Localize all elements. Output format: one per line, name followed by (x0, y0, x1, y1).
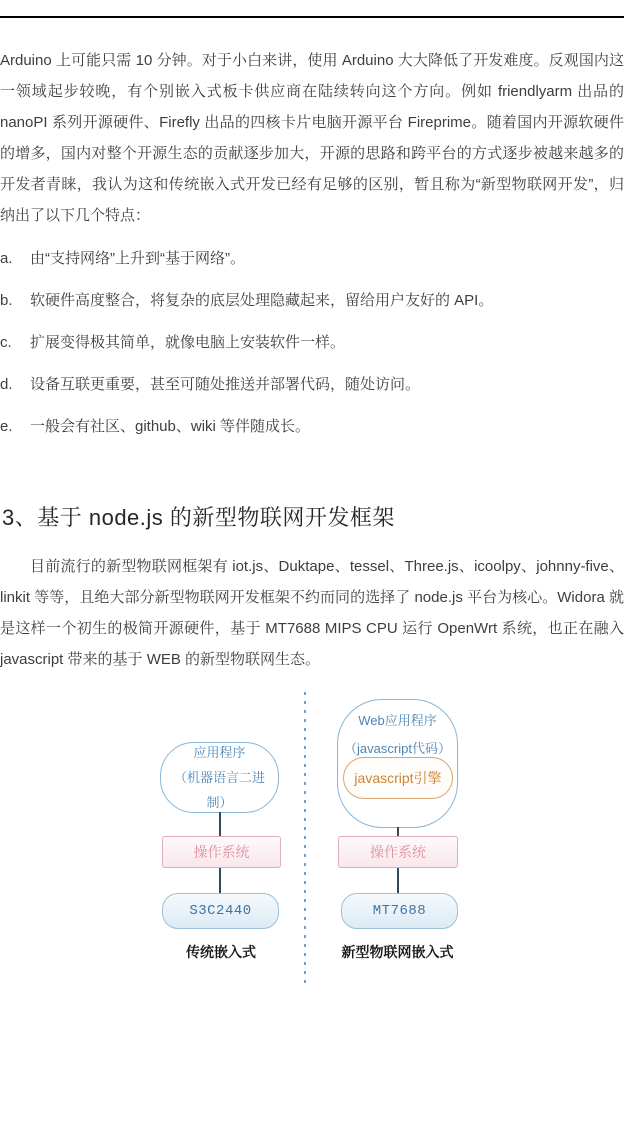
javascript-engine-box: javascript引擎 (343, 757, 453, 799)
left-application-line2: （机器语言二进 (161, 765, 278, 790)
right-connector-top (397, 827, 399, 836)
right-application-line1: Web应用程序 (338, 707, 457, 735)
right-caption: 新型物联网嵌入式 (337, 944, 458, 960)
article-page: Arduino 上可能只需 10 分钟。对于小白来讲，使用 Arduino 大大… (0, 0, 624, 1127)
dashed-divider-line (304, 692, 306, 984)
right-os-box: 操作系统 (338, 836, 458, 868)
left-chip-box: S3C2440 (162, 893, 279, 929)
left-os-box: 操作系统 (162, 836, 281, 868)
left-connector-top (219, 812, 221, 836)
left-application-box: 应用程序 （机器语言二进 制） (160, 742, 279, 813)
right-connector-bottom (397, 868, 399, 893)
left-connector-bottom (219, 868, 221, 893)
embedded-architecture-diagram: 应用程序 （机器语言二进 制） 操作系统 S3C2440 传统嵌入式 Web应用… (0, 0, 624, 1127)
right-chip-box: MT7688 (341, 893, 458, 929)
left-caption: 传统嵌入式 (160, 944, 282, 960)
left-application-line1: 应用程序 (161, 740, 278, 765)
